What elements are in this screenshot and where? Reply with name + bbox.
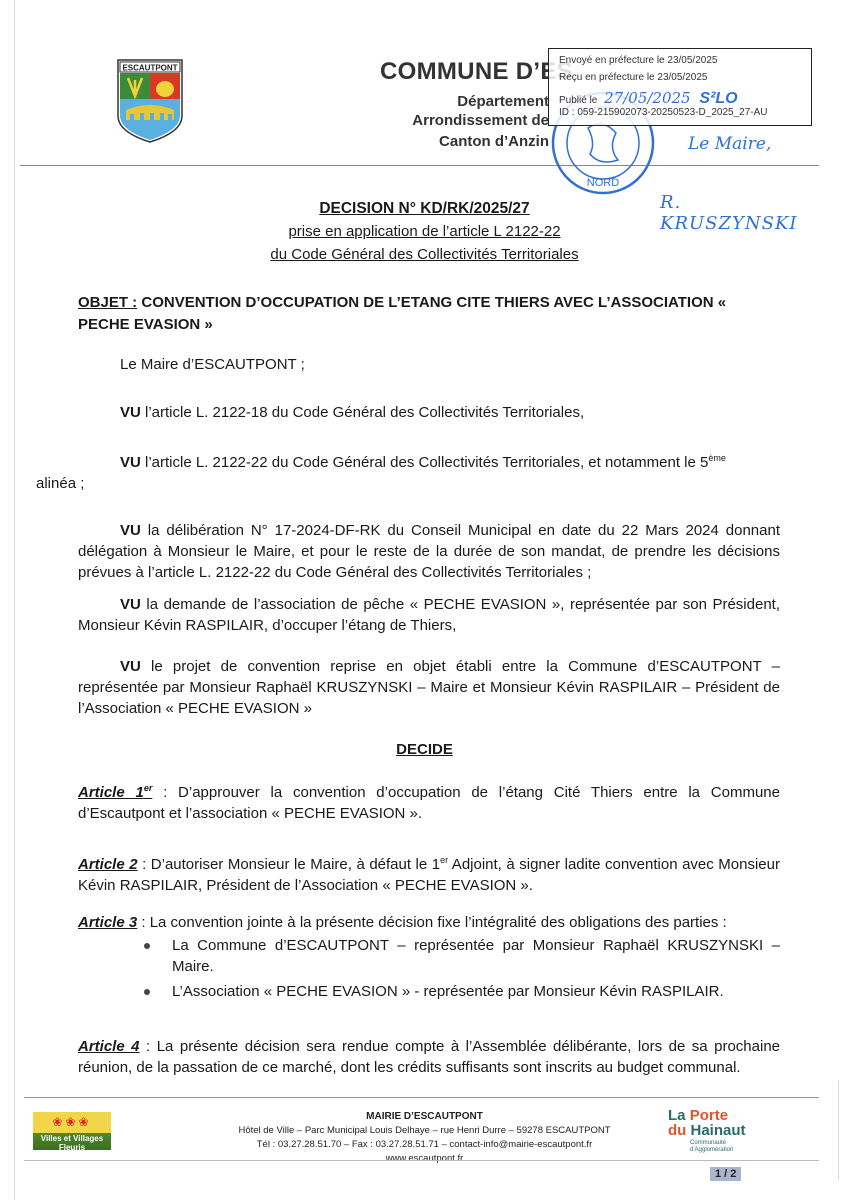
received-date: Reçu en préfecture le 23/05/2025 <box>559 72 707 83</box>
vu-paragraph-1: VU l’article L. 2122-18 du Code Général … <box>78 402 780 423</box>
published-handwritten-date: 27/05/2025 <box>604 89 690 107</box>
maire-line: Le Maire d’ESCAUTPONT ; <box>78 354 780 375</box>
decide-heading: DECIDE <box>0 741 849 758</box>
superscript: er <box>440 855 448 865</box>
vu-text: la demande de l’association de pêche « P… <box>78 596 780 634</box>
vu-text: l’article L. 2122-18 du Code Général des… <box>141 404 584 421</box>
page-indicator: 1 / 2 <box>710 1167 741 1181</box>
slo-mark: S²LO <box>699 90 737 107</box>
footer-divider-2 <box>24 1160 819 1161</box>
vu-text: l’article L. 2122-22 du Code Général des… <box>141 454 709 471</box>
article-3-parties-list: La Commune d’ESCAUTPONT – représentée pa… <box>140 935 780 1006</box>
signature-line1: Le Maire, <box>688 134 771 154</box>
vu-text: le projet de convention reprise en objet… <box>78 658 780 717</box>
list-item: La Commune d’ESCAUTPONT – représentée pa… <box>140 935 780 977</box>
vu-label: VU <box>120 522 141 539</box>
vu-text: la délibération N° 17-2024-DF-RK du Cons… <box>78 522 780 581</box>
objet-text: CONVENTION D’OCCUPATION DE L’ETANG CITE … <box>78 294 726 333</box>
article-text: : La convention jointe à la présente déc… <box>137 914 727 931</box>
vu-label: VU <box>120 454 141 471</box>
vu-paragraph-3: VU la délibération N° 17-2024-DF-RK du C… <box>78 520 780 583</box>
porte-du-hainaut-logo: La Porte du Hainaut Communauté d’Agglomé… <box>668 1108 746 1154</box>
article-2: Article 2 : D’autoriser Monsieur le Mair… <box>78 850 780 896</box>
vu-text-cont: alinéa ; <box>36 475 84 492</box>
article-4: Article 4 : La présente décision sera re… <box>78 1036 780 1078</box>
article-1: Article 1er : D’approuver la convention … <box>78 778 780 824</box>
canton-label: Canton d’Anzin <box>439 133 549 150</box>
decision-subtitle-2: du Code Général des Collectivités Territ… <box>0 246 849 263</box>
objet-section: OBJET : CONVENTION D’OCCUPATION DE L’ETA… <box>78 292 778 336</box>
decision-subtitle-1: prise en application de l’article L 2122… <box>0 223 849 240</box>
article-text: : D’autoriser Monsieur le Maire, à défau… <box>138 856 441 873</box>
logo-label: ESCAUTPONT <box>122 64 177 73</box>
departement-label: Département <box>457 93 549 110</box>
objet-label: OBJET : <box>78 294 137 311</box>
act-id: ID : 059-215902073-20250523-D_2025_27-AU <box>559 107 768 118</box>
prefecture-stamp: Envoyé en préfecture le 23/05/2025 Reçu … <box>548 48 812 126</box>
vu-paragraph-5: VU le projet de convention reprise en ob… <box>78 656 780 719</box>
article-label: Article 4 <box>78 1038 140 1055</box>
published-text: Publié le <box>559 95 597 106</box>
footer-divider <box>24 1097 819 1098</box>
article-label: Article 2 <box>78 856 138 873</box>
vu-label: VU <box>120 658 141 675</box>
article-label: Article 3 <box>78 914 137 931</box>
vu-paragraph-4: VU la demande de l’association de pêche … <box>78 594 780 636</box>
superscript: ème <box>708 453 726 463</box>
sent-date: Envoyé en préfecture le 23/05/2025 <box>559 55 717 66</box>
decision-title: DECISION N° KD/RK/2025/27 <box>0 200 849 218</box>
commune-title: COMMUNE D’ES <box>380 58 573 86</box>
seal-text: NORD <box>587 177 619 189</box>
list-item: L’Association « PECHE EVASION » - représ… <box>140 981 780 1002</box>
vu-label: VU <box>120 596 141 613</box>
article-label: Article 1er <box>78 784 152 801</box>
article-3: Article 3 : La convention jointe à la pr… <box>78 912 780 933</box>
footer-website: www.escautpont.fr <box>0 1153 849 1164</box>
escautpont-coat-of-arms-icon: ESCAUTPONT <box>116 58 184 144</box>
vu-label: VU <box>120 404 141 421</box>
article-text: : La présente décision sera rendue compt… <box>78 1038 780 1076</box>
article-text: : D’approuver la convention d’occupation… <box>78 784 780 822</box>
page-edge <box>14 0 15 1200</box>
published-label: Publié le 27/05/2025 S²LO <box>559 89 738 108</box>
arrondissement-label: Arrondissement de <box>412 112 549 129</box>
vu-paragraph-2: VU l’article L. 2122-22 du Code Général … <box>78 448 780 494</box>
